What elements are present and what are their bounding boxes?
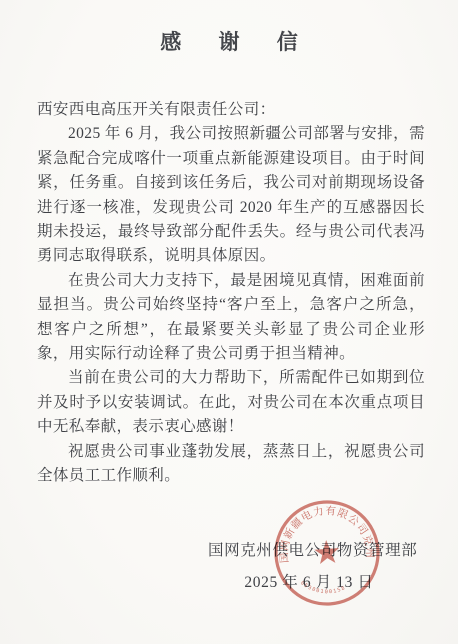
signature-block: 国网克州供电公司物资管理部 2025 年 6 月 13 日 [208,538,410,592]
paragraph-3: 当前在贵公司的大力帮助下，所需配件已如期到位并及时予以安装调试。在此，对贵公司在… [37,366,425,439]
paragraph-4: 祝愿贵公司事业蓬勃发展，蒸蒸日上，祝愿贵公司全体员工工作顺利。 [37,440,425,489]
thank-you-letter-page: 感 谢 信 西安西电高压开关有限责任公司： 2025 年 6 月，我公司按照新疆… [0,0,458,644]
letter-title: 感 谢 信 [0,26,458,56]
signature-department: 国网克州供电公司物资管理部 [208,538,410,560]
salutation: 西安西电高压开关有限责任公司： [37,98,425,122]
paragraph-2: 在贵公司大力支持下，最是困境见真情，困难面前显担当。贵公司始终坚持“客户至上，急… [37,269,425,367]
letter-body: 西安西电高压开关有限责任公司： 2025 年 6 月，我公司按照新疆公司部署与安… [37,98,425,489]
letter-date: 2025 年 6 月 13 日 [208,570,410,592]
paragraph-1: 2025 年 6 月，我公司按照新疆公司部署与安排，需紧急配合完成喀什一项重点新… [37,122,425,268]
